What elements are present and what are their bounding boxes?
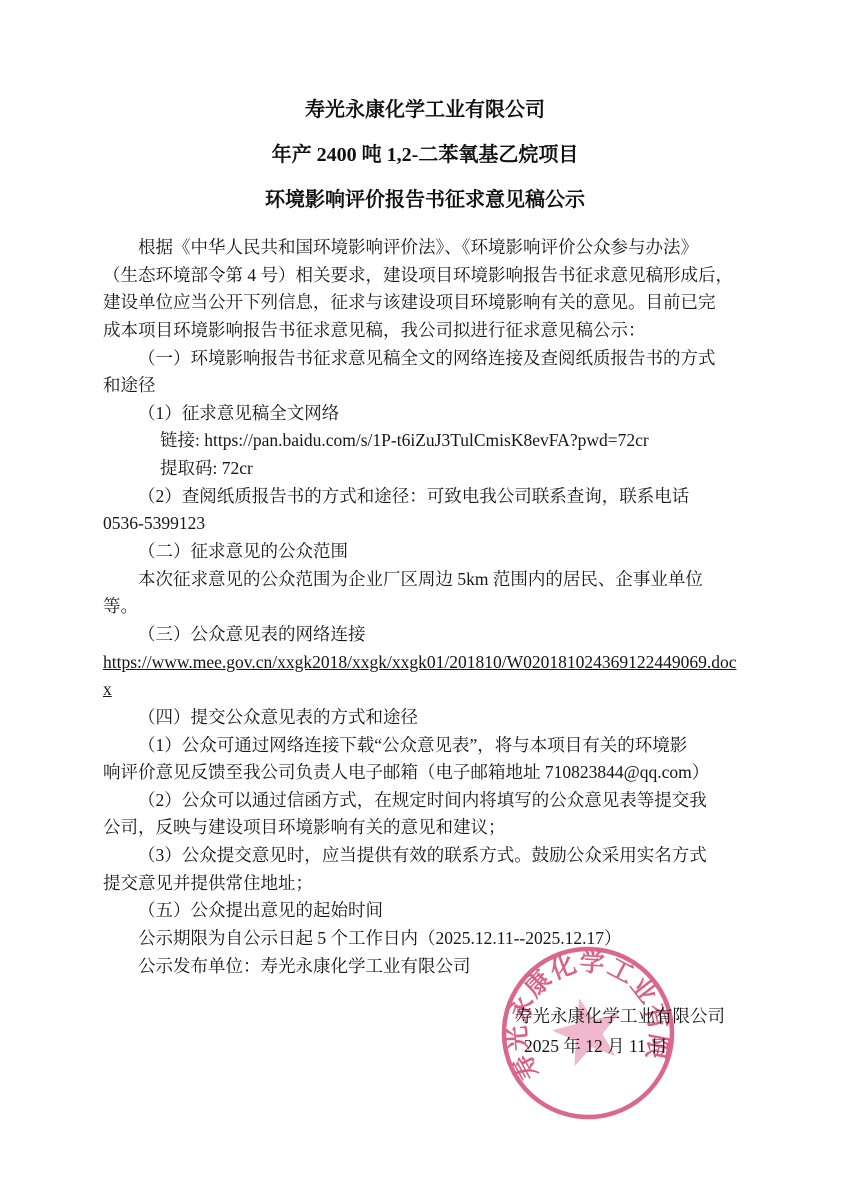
text-line: 建设单位应当公开下列信息，征求与该建设项目环境影响有关的意见。目前已完: [103, 289, 763, 317]
text-line: （1）征求意见稿全文网络: [103, 400, 763, 428]
text-line: 公示期限为自公示日起 5 个工作日内（2025.12.11--2025.12.1…: [103, 925, 763, 953]
text-line: 链接: https://pan.baidu.com/s/1P-t6iZuJ3Tu…: [103, 427, 763, 455]
signature-company: 寿光永康化学工业有限公司: [515, 1001, 725, 1031]
doc-title-company: 寿光永康化学工业有限公司: [103, 97, 747, 123]
text-line: （四）提交公众意见表的方式和途径: [103, 704, 763, 732]
text-line: 和途径: [103, 372, 763, 400]
text-line: 成本项目环境影响报告书征求意见稿，我公司拟进行征求意见稿公示：: [103, 317, 763, 345]
hyperlink-text-line[interactable]: https://www.mee.gov.cn/xxgk2018/xxgk/xxg…: [103, 649, 763, 677]
text-line: （五）公众提出意见的起始时间: [103, 897, 763, 925]
text-line: 0536-5399123: [103, 510, 763, 538]
text-line: 等。: [103, 593, 763, 621]
text-line: （1）公众可通过网络连接下载“公众意见表”，将与本项目有关的环境影: [103, 732, 763, 760]
signature-block: 寿光永康化学工业有限公司 2025 年 12 月 11 日: [515, 1001, 725, 1061]
doc-title-project: 年产 2400 吨 1,2-二苯氧基乙烷项目: [103, 142, 747, 168]
hyperlink-text-line[interactable]: x: [103, 676, 763, 704]
text-line: （二）征求意见的公众范围: [103, 538, 763, 566]
text-line: （3）公众提交意见时，应当提供有效的联系方式。鼓励公众采用实名方式: [103, 842, 763, 870]
text-line: （三）公众意见表的网络连接: [103, 621, 763, 649]
text-line: 根据《中华人民共和国环境影响评价法》、《环境影响评价公众参与办法》: [103, 234, 763, 262]
document-page: 寿光永康化学工业有限公司 年产 2400 吨 1,2-二苯氧基乙烷项目 环境影响…: [0, 0, 848, 1200]
text-line: 提取码: 72cr: [103, 455, 763, 483]
text-line: （一）环境影响报告书征求意见稿全文的网络连接及查阅纸质报告书的方式: [103, 345, 763, 373]
text-line: 响评价意见反馈至我公司负责人电子邮箱（电子邮箱地址 710823844@qq.c…: [103, 759, 763, 787]
text-line: 本次征求意见的公众范围为企业厂区周边 5km 范围内的居民、企事业单位: [103, 566, 763, 594]
text-line: 提交意见并提供常住地址；: [103, 870, 763, 898]
text-line: 公司，反映与建设项目环境影响有关的意见和建议；: [103, 814, 763, 842]
document-body: 根据《中华人民共和国环境影响评价法》、《环境影响评价公众参与办法》（生态环境部令…: [103, 234, 763, 980]
text-line: （2）查阅纸质报告书的方式和途径：可致电我公司联系查询，联系电话: [103, 483, 763, 511]
text-line: （2）公众可以通过信函方式，在规定时间内将填写的公众意见表等提交我: [103, 787, 763, 815]
title-block: 寿光永康化学工业有限公司 年产 2400 吨 1,2-二苯氧基乙烷项目 环境影响…: [103, 97, 747, 232]
text-line: 公示发布单位：寿光永康化学工业有限公司: [103, 953, 763, 981]
signature-date: 2025 年 12 月 11 日: [515, 1031, 725, 1061]
doc-title-notice: 环境影响评价报告书征求意见稿公示: [103, 187, 747, 213]
text-line: （生态环境部令第 4 号）相关要求，建设项目环境影响报告书征求意见稿形成后，: [103, 262, 763, 290]
